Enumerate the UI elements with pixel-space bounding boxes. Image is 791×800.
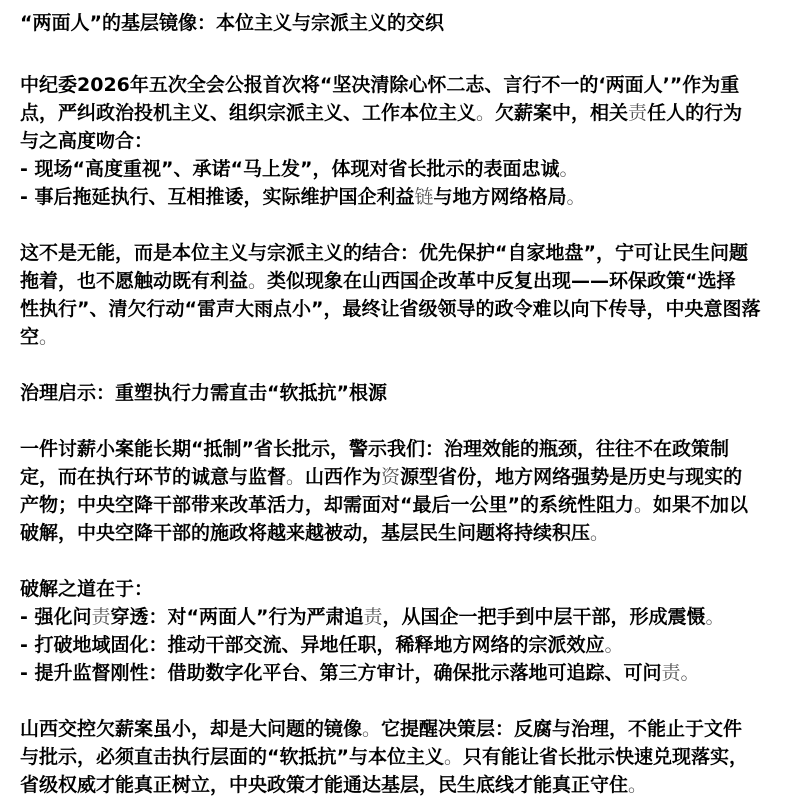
text-segment: 与批示，必须直击执行层面的“软抵抗”与本位主义 [20,746,444,768]
text-segment: 源型省份，地方网络强势是历史与现实的 [400,466,742,488]
text-line: 与批示，必须直击执行层面的“软抵抗”与本位主义。只有能让省长批示快速兑现落实， [20,743,777,771]
text-line: 治理启示：重塑执行力需直击“软抵抗”根源 [20,379,777,407]
text-line: 破解，中央空降干部的施政将越来越被动，基层民生问题将持续积压。 [20,519,777,547]
text-segment: 类似现象在山西国企改革中反复出现——环保政策“选择 [267,270,736,292]
text-line: 省级权威才能真正树立，中央政策才能通达基层，民生底线才能真正守住。 [20,771,777,799]
document-title: “两面人”的基层镜像：本位主义与宗派主义的交织 [20,9,777,37]
text-segment: 点，严纠政治投机主义、组织宗派主义、工作本位主义 [20,102,476,124]
fallback-glyph: 。 [444,746,463,768]
text-segment: 拖着，也不愿触动既有利益 [20,270,248,292]
fallback-glyph: 。 [286,466,305,488]
fallback-glyph: 。 [681,662,700,684]
fallback-glyph: 。 [590,522,609,544]
text-segment: 治理启示：重塑执行力需直击“软抵抗”根源 [20,382,387,404]
fallback-glyph: 。 [39,326,58,348]
fallback-glyph: 责 [92,606,111,628]
text-segment: 与之高度吻合： [20,130,153,152]
text-line: - 现场“高度重视”、承诺“马上发”，体现对省长批示的表面忠诚。 [20,155,777,183]
text-segment: ，从国企一把手到中层干部，形成震慑 [383,606,706,628]
fallback-glyph: 。 [634,494,653,516]
fallback-glyph: 责 [364,606,383,628]
fallback-glyph: 责 [628,102,647,124]
text-line: 山西交控欠薪案虽小，却是大问题的镜像。它提醒决策层：反腐与治理，不能止于文件 [20,715,777,743]
section-heading: 治理启示：重塑执行力需直击“软抵抗”根源 [20,379,777,407]
text-line: 一件讨薪小案能长期“抵制”省长批示，警示我们：治理效能的瓶颈，往往不在政策制 [20,435,777,463]
text-line: - 打破地域固化：推动干部交流、异地任职，稀释地方网络的宗派效应。 [20,631,777,659]
fallback-glyph: 链 [415,186,434,208]
fallback-glyph: 。 [476,102,495,124]
text-line: 点，严纠政治投机主义、组织宗派主义、工作本位主义。欠薪案中，相关责任人的行为 [20,99,777,127]
text-line: 这不是无能，而是本位主义与宗派主义的结合：优先保护“自家地盘”，宁可让民生问题 [20,239,777,267]
fallback-glyph: 。 [605,634,624,656]
text-line: 拖着，也不愿触动既有利益。类似现象在山西国企改革中反复出现——环保政策“选择 [20,267,777,295]
paragraph-1: 中纪委2026年五次全会公报首次将“坚决清除心怀二志、言行不一的‘两面人’”作为… [20,71,777,211]
document-page: “两面人”的基层镜像：本位主义与宗派主义的交织 中纪委2026年五次全会公报首次… [20,9,777,799]
document-content: 中纪委2026年五次全会公报首次将“坚决清除心怀二志、言行不一的‘两面人’”作为… [20,71,777,799]
text-line: 中纪委2026年五次全会公报首次将“坚决清除心怀二志、言行不一的‘两面人’”作为… [20,71,777,99]
text-segment: - 事后拖延执行、互相推诿，实际维护国企利益 [20,186,415,208]
text-segment: 只有能让省长批示快速兑现落实， [463,746,748,768]
text-segment: - 强化问 [20,606,92,628]
text-line: 与之高度吻合： [20,127,777,155]
text-line: 性执行”、清欠行动“雷声大雨点小”，最终让省级领导的政令难以向下传导，中央意图落 [20,295,777,323]
text-segment: 中纪委2026年五次全会公报首次将“坚决清除心怀二志、言行不一的‘两面人’”作为… [20,74,739,96]
paragraph-5: 山西交控欠薪案虽小，却是大问题的镜像。它提醒决策层：反腐与治理，不能止于文件与批… [20,715,777,799]
text-segment: 性执行”、清欠行动“雷声大雨点小”，最终让省级领导的政令难以向下传导，中央意图落 [20,298,760,320]
text-segment: 定，而在执行环节的诚意与监督 [20,466,286,488]
text-segment: 破解之道在于： [20,578,153,600]
text-segment: 这不是无能，而是本位主义与宗派主义的结合：优先保护“自家地盘”，宁可让民生问题 [20,242,748,264]
text-segment: 如果不加以 [653,494,748,516]
fallback-glyph: 。 [559,158,578,180]
text-segment: 空 [20,326,39,348]
text-line: - 强化问责穿透：对“两面人”行为严肃追责，从国企一把手到中层干部，形成震慑。 [20,603,777,631]
fallback-glyph: 。 [706,606,725,628]
text-line: 破解之道在于： [20,575,777,603]
text-segment: - 打破地域固化：推动干部交流、异地任职，稀释地方网络的宗派效应 [20,634,605,656]
text-segment: 它提醒决策层：反腐与治理，不能止于文件 [381,718,742,740]
text-segment: 与地方网络格局 [434,186,567,208]
text-segment: 破解，中央空降干部的施政将越来越被动，基层民生问题将持续积压 [20,522,590,544]
text-line: 产物；中央空降干部带来改革活力，却需面对“最后一公里”的系统性阻力。如果不加以 [20,491,777,519]
fallback-glyph: 。 [628,774,647,796]
text-segment: 任人的行为 [647,102,742,124]
text-segment: 穿透：对“两面人”行为严肃追 [111,606,364,628]
text-segment: - 现场“高度重视”、承诺“马上发”，体现对省长批示的表面忠诚 [20,158,559,180]
text-segment: 山西作为 [305,466,381,488]
text-line: - 事后拖延执行、互相推诿，实际维护国企利益链与地方网络格局。 [20,183,777,211]
paragraph-2: 这不是无能，而是本位主义与宗派主义的结合：优先保护“自家地盘”，宁可让民生问题拖… [20,239,777,351]
fallback-glyph: 。 [362,718,381,740]
fallback-glyph: 。 [248,270,267,292]
fallback-glyph: 责 [662,662,681,684]
text-segment: 一件讨薪小案能长期“抵制”省长批示，警示我们：治理效能的瓶颈，往往不在政策制 [20,438,729,460]
text-line: 空。 [20,323,777,351]
text-line: - 提升监督刚性：借助数字化平台、第三方审计，确保批示落地可追踪、可问责。 [20,659,777,687]
text-line: 定，而在执行环节的诚意与监督。山西作为资源型省份，地方网络强势是历史与现实的 [20,463,777,491]
paragraph-3: 一件讨薪小案能长期“抵制”省长批示，警示我们：治理效能的瓶颈，往往不在政策制定，… [20,435,777,547]
text-segment: - 提升监督刚性：借助数字化平台、第三方审计，确保批示落地可追踪、可问 [20,662,662,684]
text-segment: 产物；中央空降干部带来改革活力，却需面对“最后一公里”的系统性阻力 [20,494,634,516]
fallback-glyph: 资 [381,466,400,488]
paragraph-4: 破解之道在于：- 强化问责穿透：对“两面人”行为严肃追责，从国企一把手到中层干部… [20,575,777,687]
text-segment: 山西交控欠薪案虽小，却是大问题的镜像 [20,718,362,740]
text-segment: 省级权威才能真正树立，中央政策才能通达基层，民生底线才能真正守住 [20,774,628,796]
text-segment: 欠薪案中，相关 [495,102,628,124]
fallback-glyph: 。 [567,186,586,208]
